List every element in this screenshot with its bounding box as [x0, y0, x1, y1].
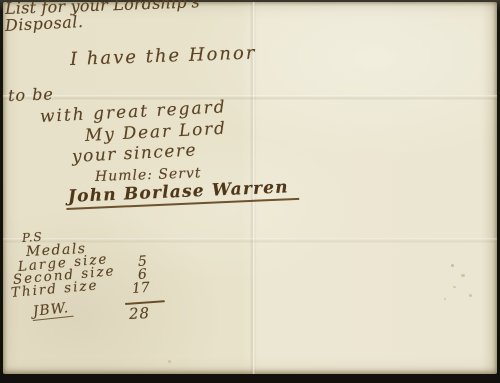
- letter-line-to-be: to be: [8, 84, 54, 105]
- horizontal-fold-crease-upper: [3, 95, 497, 100]
- letter-line-honor: I have the Honor: [70, 42, 257, 69]
- foxing-spot: [469, 294, 472, 297]
- letter-line-opening-2: Disposal.: [5, 12, 84, 35]
- medal-row-value-third: 17: [131, 280, 150, 297]
- foxing-spot: [444, 298, 446, 300]
- foxing-spot: [451, 264, 454, 267]
- foxing-spot: [453, 286, 456, 288]
- scanned-letter: List for your Lordship's Disposal. I hav…: [0, 0, 500, 383]
- letter-paper: List for your Lordship's Disposal. I hav…: [3, 2, 497, 374]
- total-value: 28: [129, 304, 151, 323]
- pencil-mark: [168, 360, 171, 363]
- total-initials: JBW.: [31, 300, 74, 321]
- foxing-spot: [461, 274, 465, 277]
